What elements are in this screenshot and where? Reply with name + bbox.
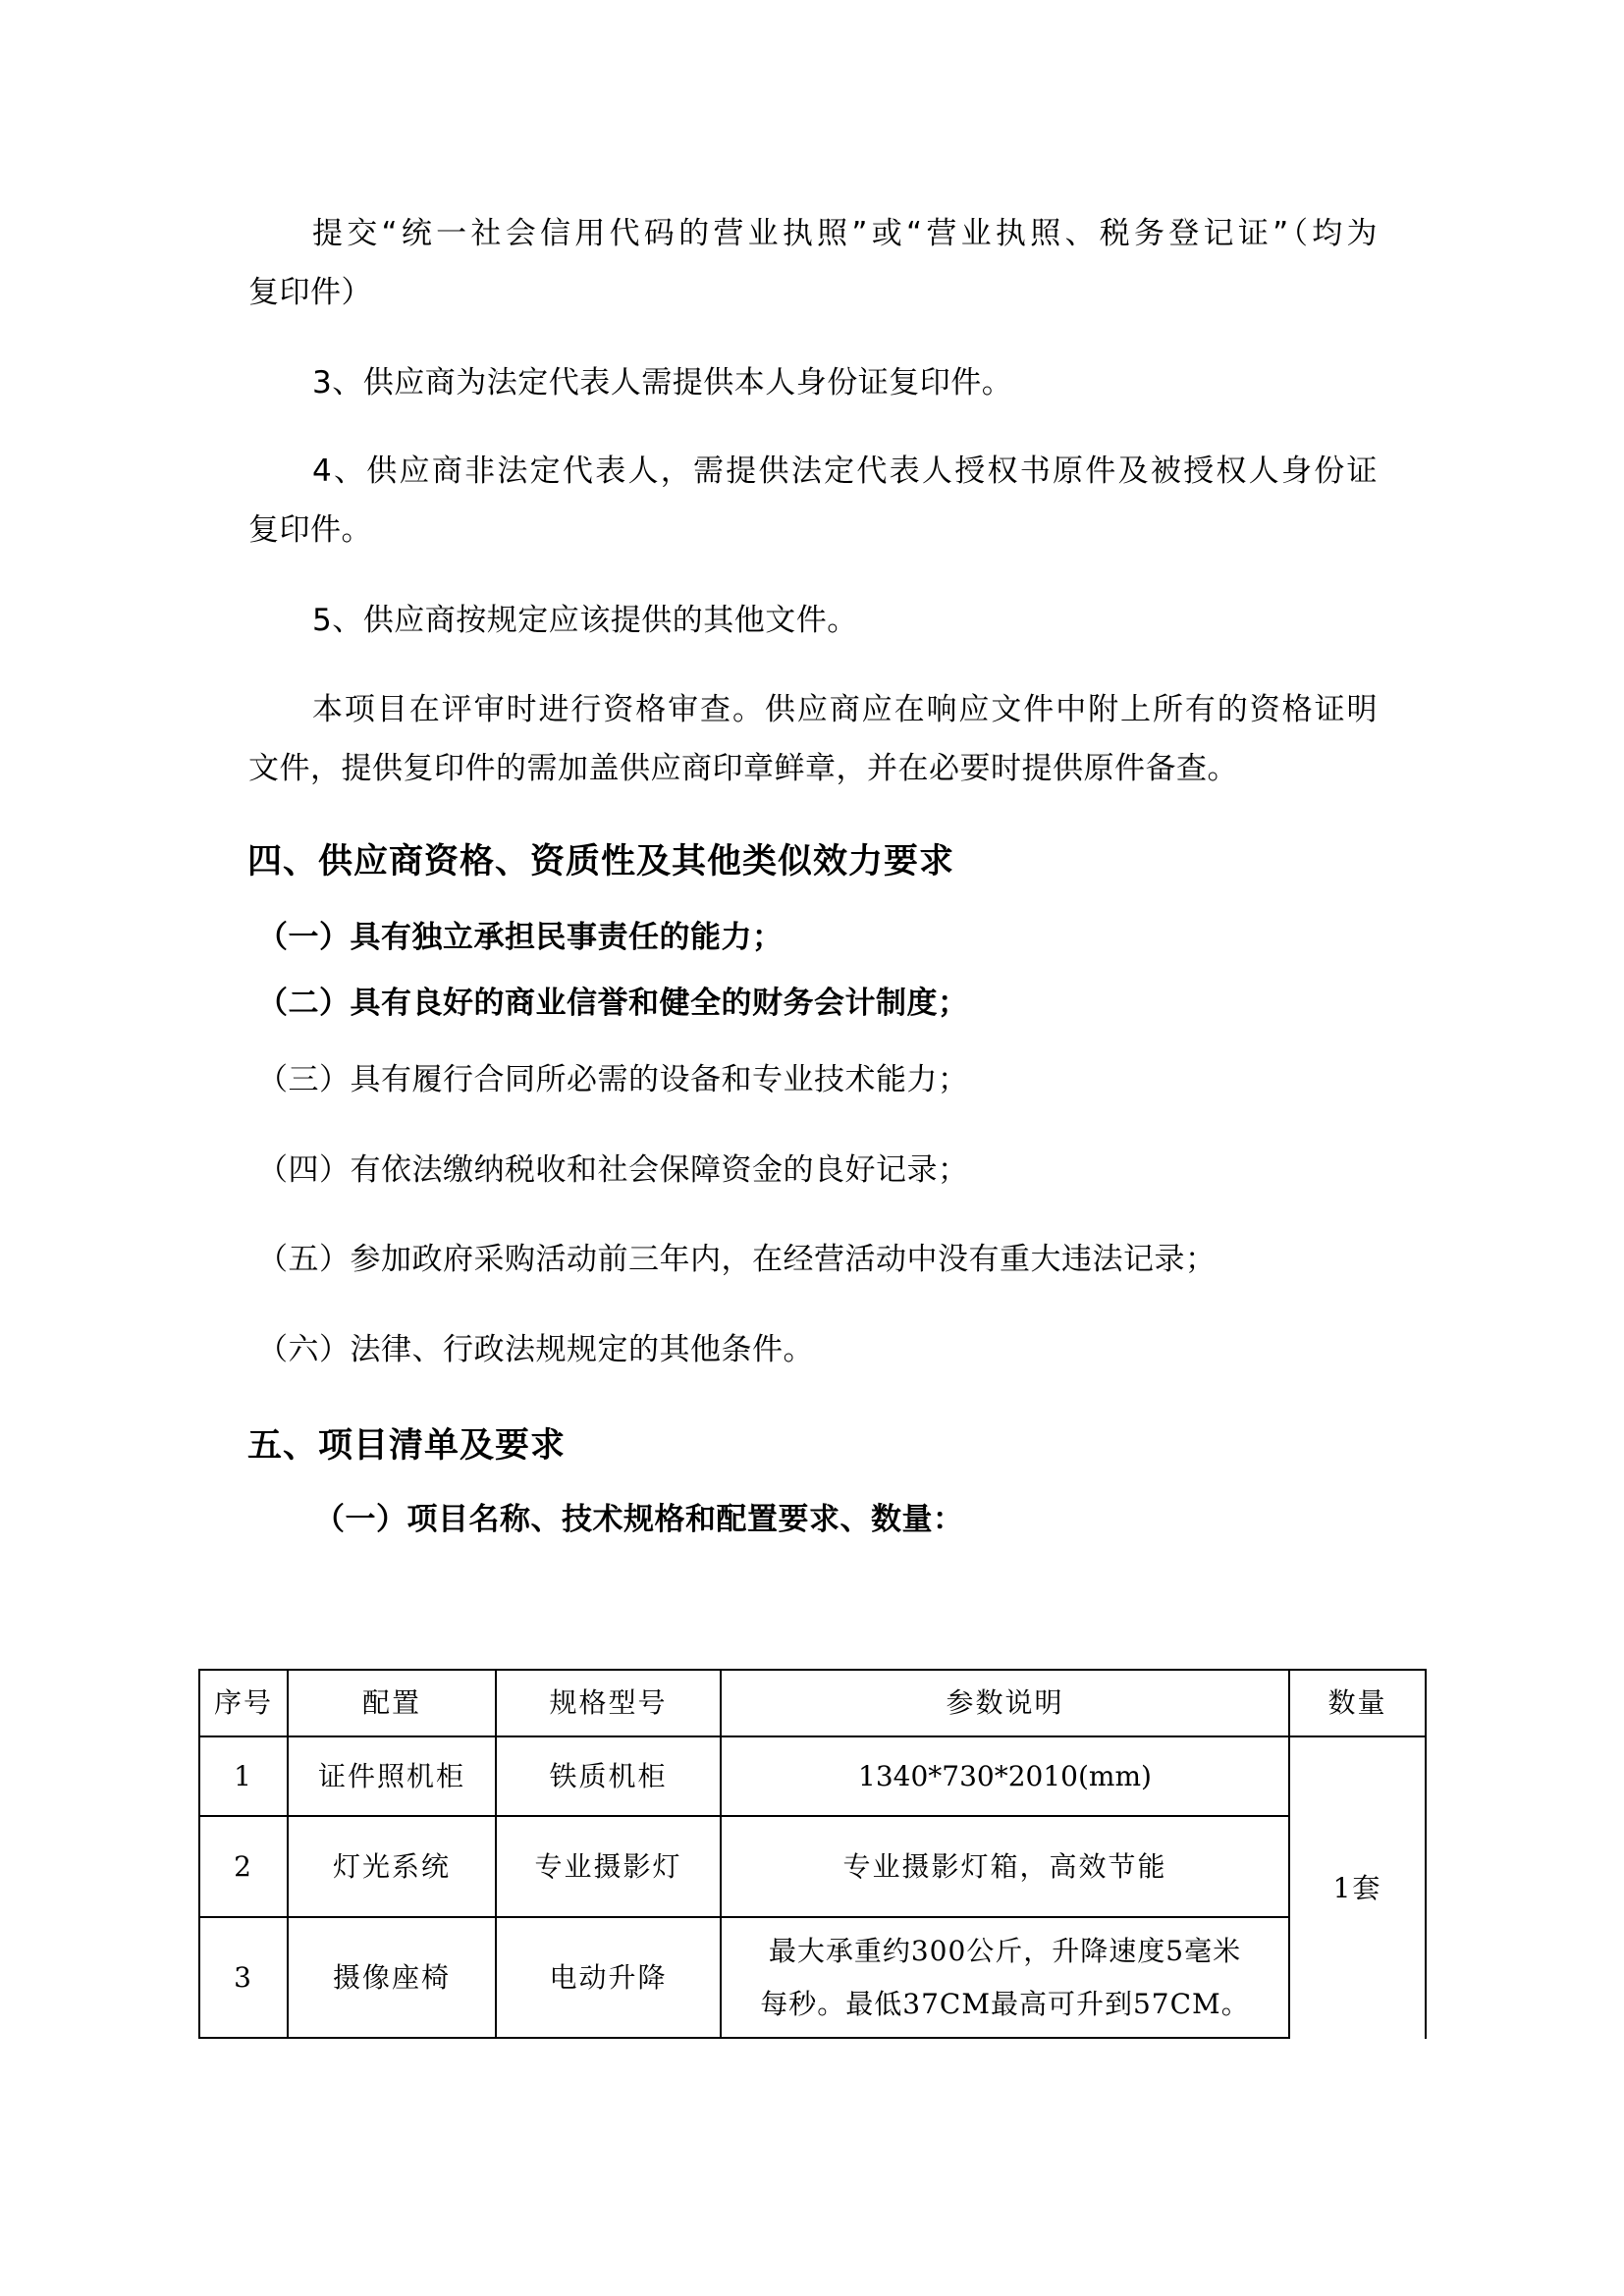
paragraph-review-line2: 文件，提供复印件的需加盖供应商印章鲜章，并在必要时提供原件备查。 xyxy=(248,749,1378,788)
paragraph-business-license-line2: 复印件） xyxy=(248,273,372,312)
paragraph-item-3: 3、供应商为法定代表人需提供本人身份证复印件。 xyxy=(312,363,1012,402)
table-row-2-no: 2 xyxy=(198,1815,287,1916)
section-5-heading: 五、项目清单及要求 xyxy=(247,1424,566,1468)
table-row-3-no: 3 xyxy=(198,1916,287,2039)
table-row-1-config: 证件照机柜 xyxy=(287,1735,495,1815)
paragraph-item-4-line1: 4、供应商非法定代表人，需提供法定代表人授权书原件及被授权人身份证 xyxy=(312,452,1378,491)
document-page: 提交“统一社会信用代码的营业执照”或“营业执照、税务登记证”（均为 复印件） 3… xyxy=(0,0,1624,2296)
table-quantity-merged: 1套 xyxy=(1288,1735,1427,2039)
table-header-description: 参数说明 xyxy=(720,1669,1288,1735)
table-row-3-description: 最大承重约300公斤，升降速度5毫米 每秒。最低37CM最高可升到57CM。 xyxy=(720,1916,1288,2039)
paragraph-item-4-line2: 复印件。 xyxy=(248,510,372,550)
table-row-3-description-line2: 每秒。最低37CM最高可升到57CM。 xyxy=(760,1978,1249,2031)
table-header-no: 序号 xyxy=(198,1669,287,1735)
table-row-1-model: 铁质机柜 xyxy=(495,1735,720,1815)
requirement-item-1: （一）具有独立承担民事责任的能力； xyxy=(257,918,784,957)
paragraph-business-license-line1: 提交“统一社会信用代码的营业执照”或“营业执照、税务登记证”（均为 xyxy=(312,214,1378,253)
table-row-3-config: 摄像座椅 xyxy=(287,1916,495,2039)
table-row-2-description: 专业摄影灯箱，高效节能 xyxy=(720,1815,1288,1916)
table-row-1-no: 1 xyxy=(198,1735,287,1815)
table-row-2-config: 灯光系统 xyxy=(287,1815,495,1916)
section-5-subheading: （一）项目名称、技术规格和配置要求、数量： xyxy=(314,1500,964,1539)
paragraph-item-5: 5、供应商按规定应该提供的其他文件。 xyxy=(312,601,858,640)
table-row-2-model: 专业摄影灯 xyxy=(495,1815,720,1916)
table-row-1-description: 1340*730*2010(mm) xyxy=(720,1735,1288,1815)
requirement-item-4: （四）有依法缴纳税收和社会保障资金的良好记录； xyxy=(257,1150,969,1190)
requirement-item-2: （二）具有良好的商业信誉和健全的财务会计制度； xyxy=(257,984,969,1023)
table-row-3-description-line1: 最大承重约300公斤，升降速度5毫米 xyxy=(769,1925,1241,1978)
section-4-heading: 四、供应商资格、资质性及其他类似效力要求 xyxy=(247,840,954,883)
requirement-item-5: （五）参加政府采购活动前三年内，在经营活动中没有重大违法记录； xyxy=(257,1240,1217,1279)
table-row-3-model: 电动升降 xyxy=(495,1916,720,2039)
table-header-model: 规格型号 xyxy=(495,1669,720,1735)
requirement-item-6: （六）法律、行政法规规定的其他条件。 xyxy=(257,1330,814,1369)
requirement-item-3: （三）具有履行合同所必需的设备和专业技术能力； xyxy=(257,1060,969,1099)
table-header-config: 配置 xyxy=(287,1669,495,1735)
paragraph-review-line1: 本项目在评审时进行资格审查。供应商应在响应文件中附上所有的资格证明 xyxy=(312,690,1378,729)
table-header-quantity: 数量 xyxy=(1288,1669,1427,1735)
